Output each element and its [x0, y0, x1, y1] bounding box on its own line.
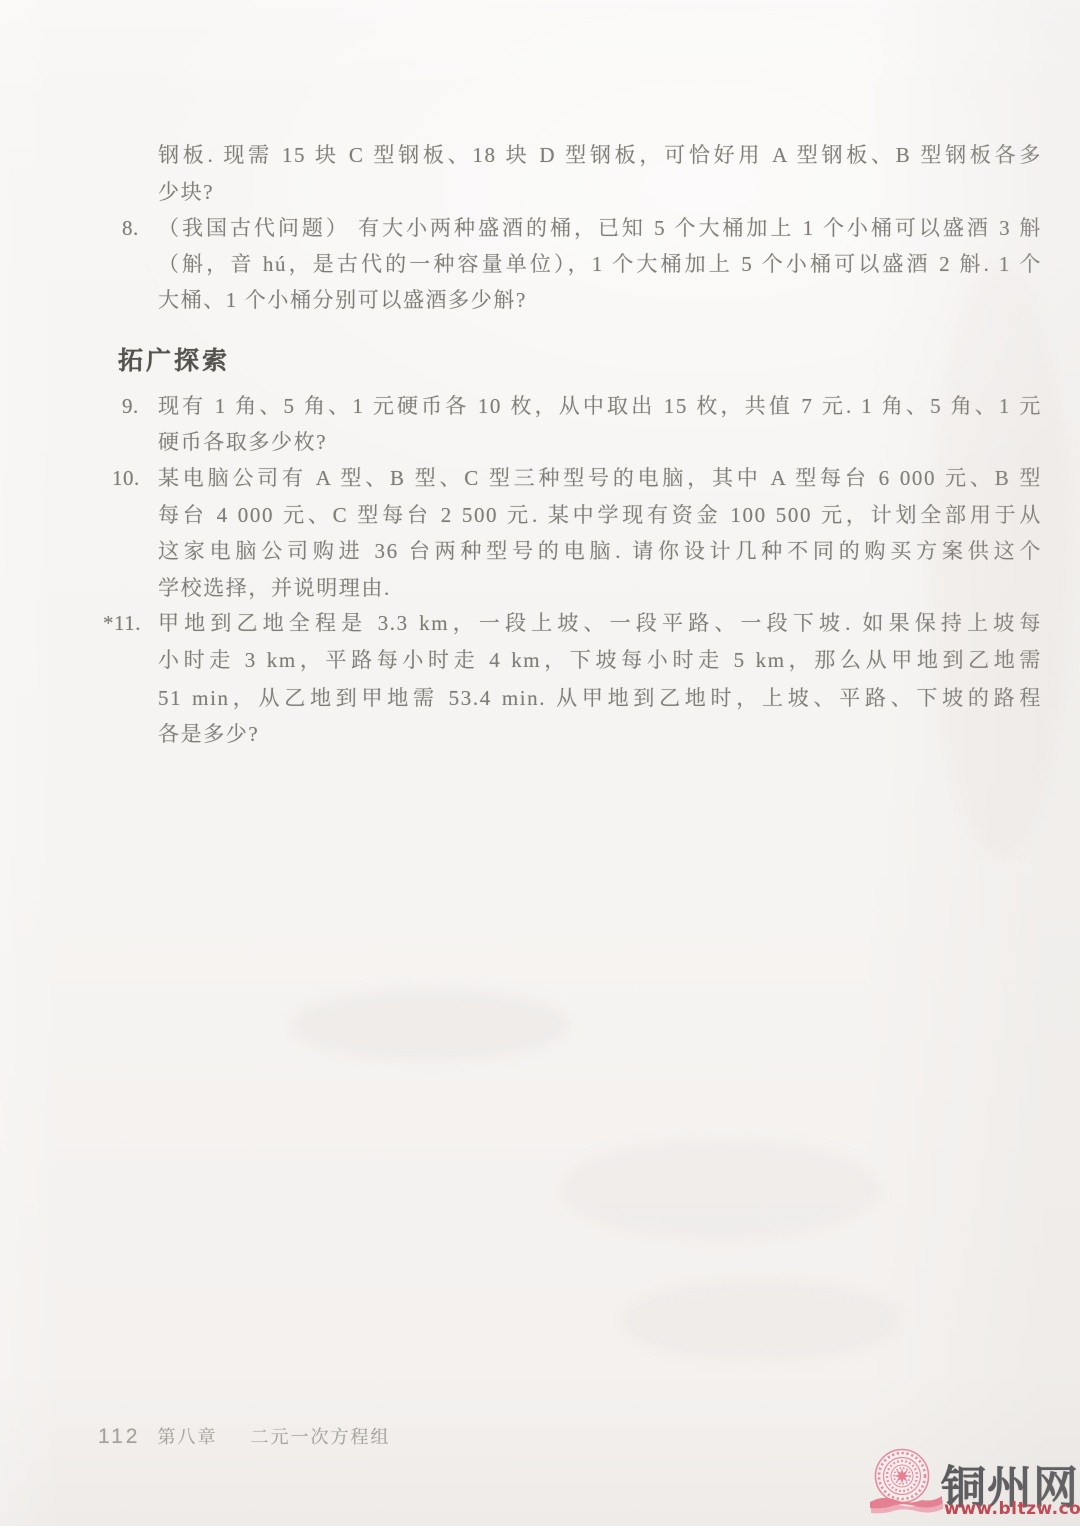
problem-9-number: 9. — [122, 392, 139, 420]
problem-9-line2: 硬币各取多少枚? — [158, 428, 1042, 456]
problem-10-line2: 每台 4 000 元、C 型每台 2 500 元. 某中学现有资金 100 50… — [158, 501, 1042, 529]
problem-11-text: 甲地到乙地全程是 3.3 km，一段上坡、一段平路、一段下坡. 如果保持上坡每 — [158, 611, 1042, 635]
problem7-continuation-line1: 钢板. 现需 15 块 C 型钢板、18 块 D 型钢板，可恰好用 A 型钢板、… — [158, 141, 1042, 169]
problem-10-text: 每台 4 000 元、C 型每台 2 500 元. 某中学现有资金 100 50… — [158, 503, 1042, 527]
problem-11-text: 各是多少? — [158, 722, 259, 746]
page-footer: 112第八章二元一次方程组 — [98, 1424, 390, 1452]
problem-10-text: 这家电脑公司购进 36 台两种型号的电脑. 请你设计几种不同的购买方案供这个 — [158, 539, 1042, 563]
scan-smudge — [560, 1140, 880, 1240]
chapter-label: 第八章 — [157, 1427, 217, 1447]
problem-8-text: 大桶、1 个小桶分别可以盛酒多少斛? — [158, 288, 527, 312]
problem7-continuation-line2: 少块? — [158, 178, 1042, 206]
section-header: 拓广探索 — [118, 341, 230, 377]
chapter-title: 二元一次方程组 — [250, 1427, 390, 1447]
problem-10-text: 学校选择，并说明理由. — [158, 576, 391, 600]
problem-8-text: （斛，音 hú，是古代的一种容量单位），1 个大桶加上 5 个小桶可以盛酒 2 … — [158, 252, 1042, 276]
problem-10-line1: 10. 某电脑公司有 A 型、B 型、C 型三种型号的电脑，其中 A 型每台 6… — [158, 464, 1042, 492]
watermark-site-url: www.bltzw.com — [944, 1499, 1080, 1519]
page-number: 112 — [98, 1425, 140, 1448]
site-watermark: 铜州网 www.bltzw.com — [868, 1446, 1080, 1526]
problem-11-text: 小时走 3 km，平路每小时走 4 km，下坡每小时走 5 km，那么从甲地到乙… — [158, 648, 1042, 672]
seal-flower-icon — [894, 1468, 910, 1484]
problem7-continuation-text: 钢板. 现需 15 块 C 型钢板、18 块 D 型钢板，可恰好用 A 型钢板、… — [158, 143, 1042, 167]
problem-8-line2: （斛，音 hú，是古代的一种容量单位），1 个大桶加上 5 个小桶可以盛酒 2 … — [158, 250, 1042, 278]
problem-10-number: 10. — [112, 464, 140, 492]
problem-8-line3: 大桶、1 个小桶分别可以盛酒多少斛? — [158, 286, 1042, 314]
textbook-page: 钢板. 现需 15 块 C 型钢板、18 块 D 型钢板，可恰好用 A 型钢板、… — [0, 0, 1080, 1526]
problem-9-text: 现有 1 角、5 角、1 元硬币各 10 枚，从中取出 15 枚，共值 7 元.… — [158, 394, 1042, 418]
problem7-continuation-text: 少块? — [158, 180, 214, 204]
problem-8-line1: 8. （我国古代问题） 有大小两种盛酒的桶，已知 5 个大桶加上 1 个小桶可以… — [158, 214, 1042, 242]
problem-10-text: 某电脑公司有 A 型、B 型、C 型三种型号的电脑，其中 A 型每台 6 000… — [158, 466, 1042, 490]
scan-smudge — [620, 1280, 900, 1360]
problem-10-line3: 这家电脑公司购进 36 台两种型号的电脑. 请你设计几种不同的购买方案供这个 — [158, 537, 1042, 565]
problem-10-line4: 学校选择，并说明理由. — [158, 574, 1042, 602]
problem-9-line1: 9. 现有 1 角、5 角、1 元硬币各 10 枚，从中取出 15 枚，共值 7… — [158, 392, 1042, 420]
problem-11-line3: 51 min，从乙地到甲地需 53.4 min. 从甲地到乙地时，上坡、平路、下… — [158, 684, 1042, 712]
problem-9-text: 硬币各取多少枚? — [158, 430, 327, 454]
problem-8-number: 8. — [122, 214, 139, 242]
problem-11-line2: 小时走 3 km，平路每小时走 4 km，下坡每小时走 5 km，那么从甲地到乙… — [158, 646, 1042, 674]
problem-11-number: *11. — [103, 609, 141, 637]
scan-smudge — [290, 990, 570, 1060]
problem-11-line1: *11. 甲地到乙地全程是 3.3 km，一段上坡、一段平路、一段下坡. 如果保… — [158, 609, 1042, 637]
problem-11-line4: 各是多少? — [158, 720, 1042, 748]
problem-8-text: （我国古代问题） 有大小两种盛酒的桶，已知 5 个大桶加上 1 个小桶可以盛酒 … — [158, 216, 1042, 240]
problem-11-text: 51 min，从乙地到甲地需 53.4 min. 从甲地到乙地时，上坡、平路、下… — [158, 686, 1042, 710]
